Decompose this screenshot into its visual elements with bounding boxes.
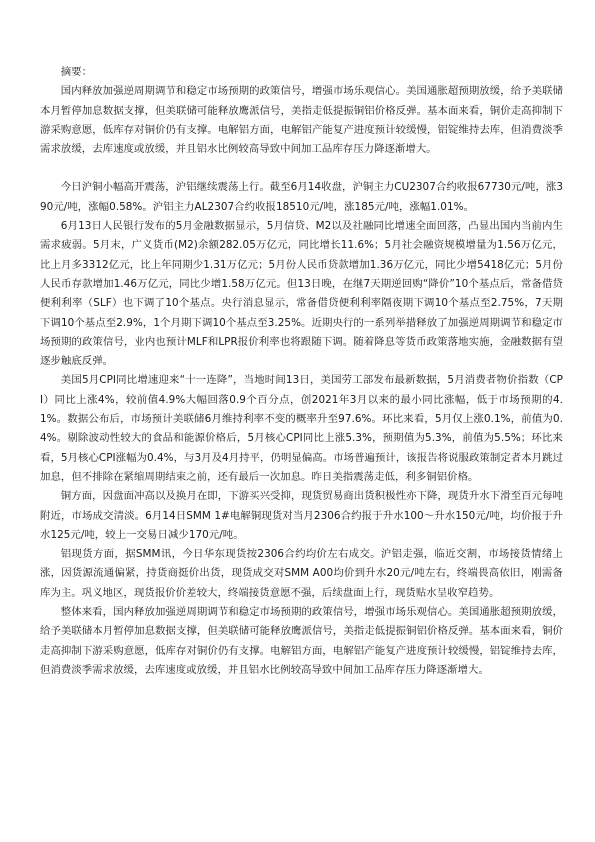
overall-outlook-paragraph: 整体来看，国内释放加强逆周期调节和稳定市场预期的政策信号，增强市场乐观信心。美国… [40,603,563,680]
document-page: 摘要： 国内释放加强逆周期调节和稳定市场预期的政策信号，增强市场乐观信心。美国通… [40,63,563,680]
market-close-paragraph: 今日沪铜小幅高开震荡，沪铝继续震荡上行。截至6月14收盘，沪铜主力CU2307合… [40,178,563,217]
summary-paragraph: 国内释放加强逆周期调节和稳定市场预期的政策信号，增强市场乐观信心。美国通胀超预期… [40,82,563,159]
summary-heading: 摘要： [40,63,563,82]
copper-spot-paragraph: 铜方面，因盘面冲高以及换月在即，下游买兴受抑，现货贸易商出货积极性亦下降，现货升… [40,487,563,545]
us-cpi-paragraph: 美国5月CPI同比增速迎来“十一连降”，当地时间13日，美国劳工部发布最新数据，… [40,371,563,487]
aluminum-spot-paragraph: 铝现货方面，据SMM讯，今日华东现货按2306合约均价左右成交。沪铝走强，临近交… [40,545,563,603]
section-spacer [40,159,563,178]
financial-data-paragraph: 6月13日人民银行发布的5月金融数据显示，5月信贷、M2以及社融同比增速全面回落… [40,217,563,371]
